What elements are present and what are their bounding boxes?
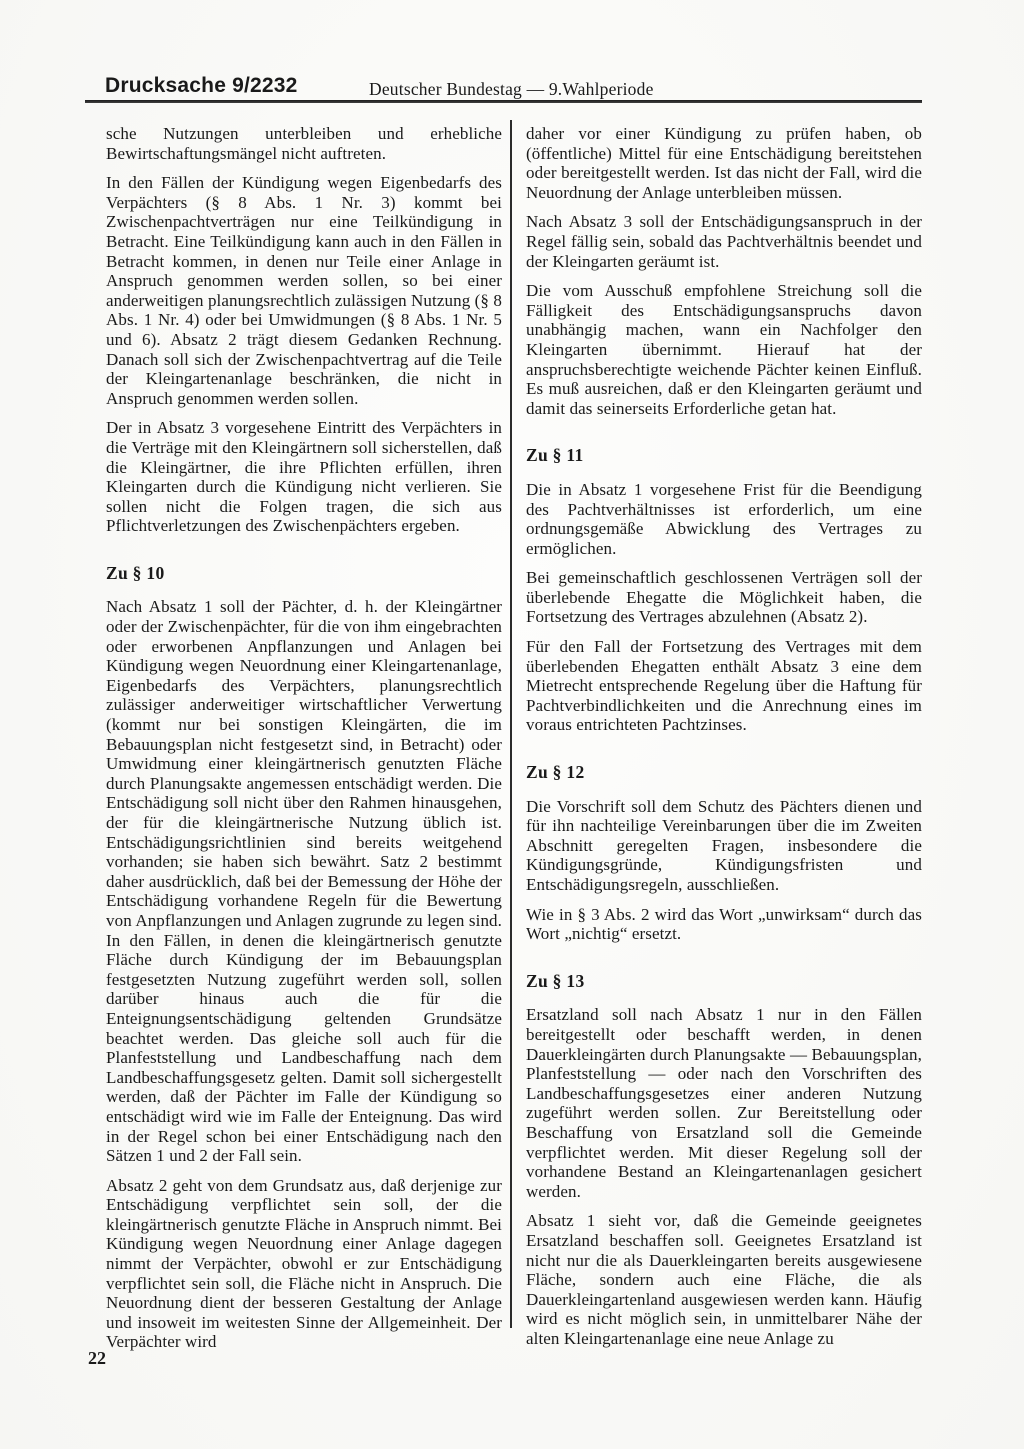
paragraph: daher vor einer Kündigung zu prüfen habe…	[526, 124, 922, 202]
paragraph: Die Vorschrift soll dem Schutz des Pächt…	[526, 797, 922, 895]
section-heading: Zu § 11	[526, 446, 922, 466]
column-divider	[510, 120, 512, 1328]
paragraph: Ersatzland soll nach Absatz 1 nur in den…	[526, 1005, 922, 1201]
section-heading: Zu § 13	[526, 972, 922, 992]
doc-number: Drucksache 9/2232	[105, 74, 298, 98]
paragraph: Absatz 2 geht von dem Grundsatz aus, daß…	[106, 1176, 502, 1352]
paragraph: Nach Absatz 3 soll der Entschädigungsans…	[526, 212, 922, 271]
left-column: sche Nutzungen unterbleiben und erheblic…	[106, 124, 502, 1362]
paragraph: Bei gemeinschaftlich geschlossenen Vertr…	[526, 568, 922, 627]
section-heading: Zu § 12	[526, 763, 922, 783]
paragraph: Die in Absatz 1 vorgesehene Frist für di…	[526, 480, 922, 558]
page-number: 22	[88, 1348, 106, 1369]
right-column: daher vor einer Kündigung zu prüfen habe…	[526, 124, 922, 1358]
header-rule	[85, 100, 922, 103]
paragraph: Absatz 1 sieht vor, daß die Gemeinde gee…	[526, 1211, 922, 1348]
paragraph: In den Fällen der Kündigung wegen Eigenb…	[106, 173, 502, 408]
paragraph: sche Nutzungen unterbleiben und erheblic…	[106, 124, 502, 163]
section-heading: Zu § 10	[106, 564, 502, 584]
paragraph: Die vom Ausschuß empfohlene Streichung s…	[526, 281, 922, 418]
document-page: Drucksache 9/2232 Deutscher Bundestag — …	[0, 0, 1024, 1449]
paragraph: Für den Fall der Fortsetzung des Vertrag…	[526, 637, 922, 735]
paragraph: Der in Absatz 3 vorgesehene Eintritt des…	[106, 418, 502, 536]
paragraph: Nach Absatz 1 soll der Pächter, d. h. de…	[106, 597, 502, 1165]
paragraph: Wie in § 3 Abs. 2 wird das Wort „unwirks…	[526, 905, 922, 944]
header-session-label: Deutscher Bundestag — 9.Wahlperiode	[369, 79, 654, 100]
